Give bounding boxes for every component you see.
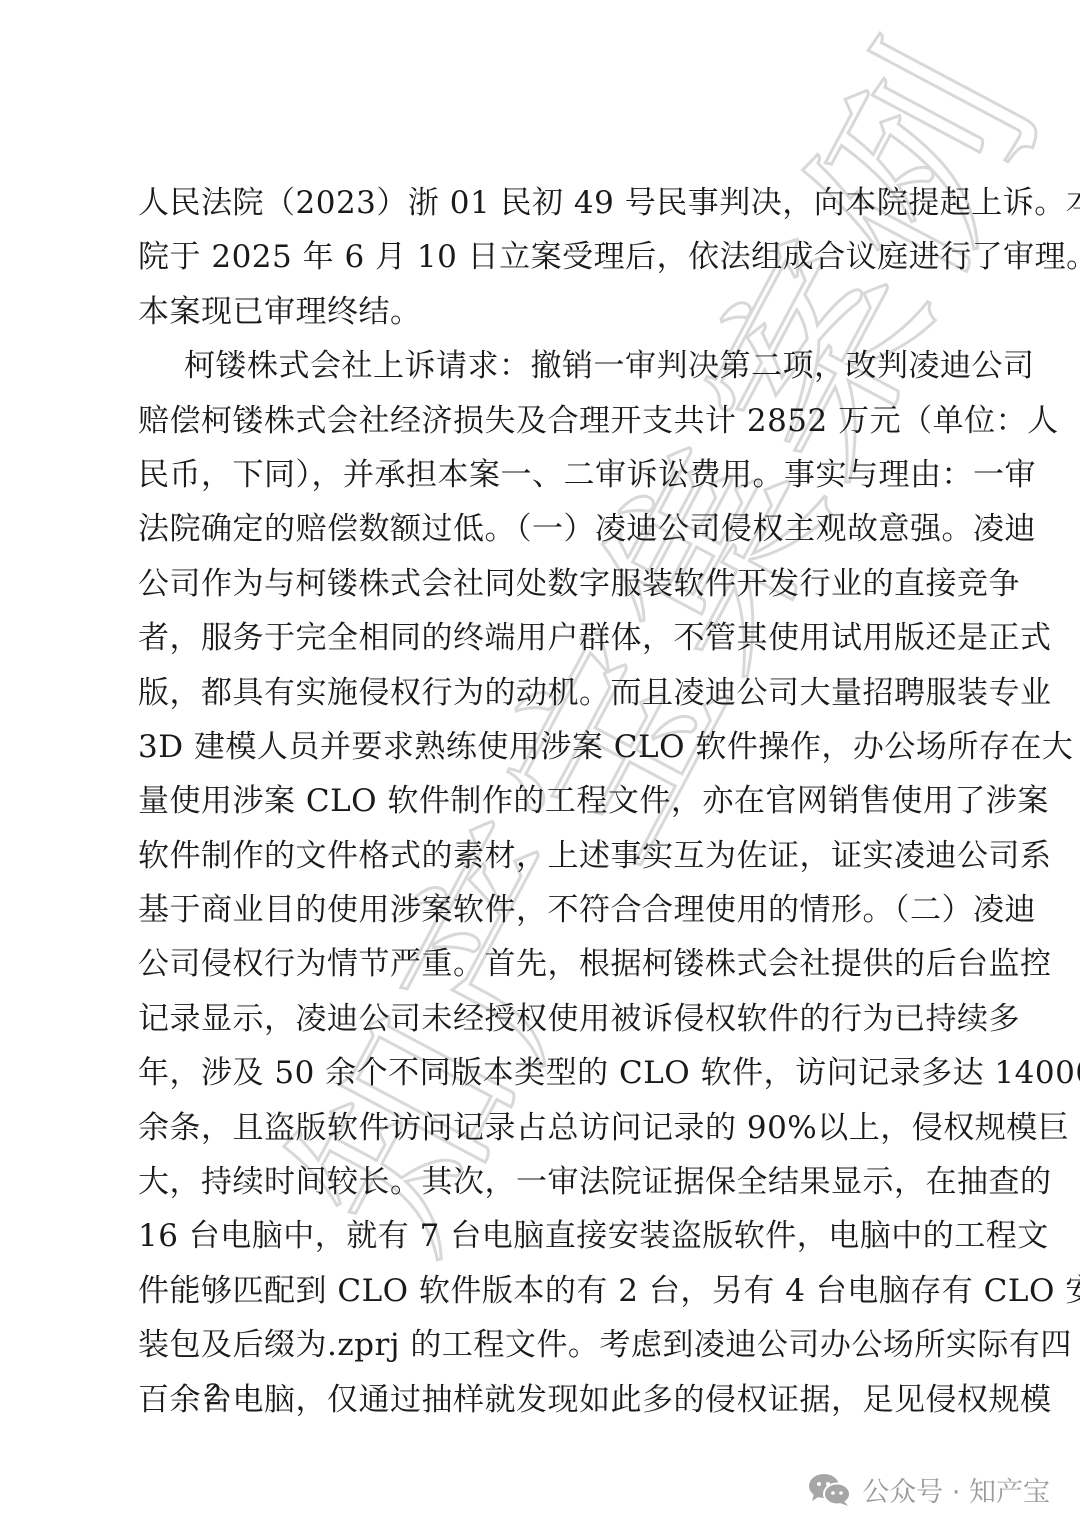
text-line: 百余台电脑，仅通过抽样就发现如此多的侵权证据，足见侵权规模 — [138, 1373, 943, 1427]
account-badge[interactable]: 公众号 · 知产宝 — [808, 1470, 1050, 1509]
text-line: 大，持续时间较长。其次，一审法院证据保全结果显示，在抽查的 — [138, 1155, 943, 1209]
text-line: 民币，下同），并承担本案一、二审诉讼费用。事实与理由：一审 — [138, 448, 943, 502]
text-line: 记录显示，凌迪公司未经授权使用被诉侵权软件的行为已持续多 — [138, 992, 943, 1046]
document-page: 知产宝集案例 人民法院（2023）浙 01 民初 49 号民事判决，向本院提起上… — [0, 0, 1080, 1528]
text-line: 赔偿柯镂株式会社经济损失及合理开支共计 2852 万元（单位：人 — [138, 394, 943, 448]
text-line: 基于商业目的使用涉案软件，不符合合理使用的情形。（二）凌迪 — [138, 883, 943, 937]
text-line: 件能够匹配到 CLO 软件版本的有 2 台，另有 4 台电脑存有 CLO 安 — [138, 1264, 943, 1318]
text-line: 者，服务于完全相同的终端用户群体，不管其使用试用版还是正式 — [138, 611, 943, 665]
text-line: 16 台电脑中，就有 7 台电脑直接安装盗版软件，电脑中的工程文 — [138, 1209, 943, 1263]
text-line: 法院确定的赔偿数额过低。（一）凌迪公司侵权主观故意强。凌迪 — [138, 502, 943, 556]
wechat-icon — [808, 1473, 852, 1507]
document-body: 人民法院（2023）浙 01 民初 49 号民事判决，向本院提起上诉。本 院于 … — [138, 176, 943, 1427]
text-line: 3D 建模人员并要求熟练使用涉案 CLO 软件操作，办公场所存在大 — [138, 720, 943, 774]
text-line: 余条，且盗版软件访问记录占总访问记录的 90%以上，侵权规模巨 — [138, 1101, 943, 1155]
account-label: 公众号 · 知产宝 — [862, 1470, 1050, 1509]
paragraph: 柯镂株式会社上诉请求：撤销一审判决第二项，改判凌迪公司 赔偿柯镂株式会社经济损失… — [138, 339, 943, 1427]
text-line: 柯镂株式会社上诉请求：撤销一审判决第二项，改判凌迪公司 — [138, 339, 943, 393]
page-number: · 2 · — [175, 1378, 258, 1411]
text-line: 公司侵权行为情节严重。首先，根据柯镂株式会社提供的后台监控 — [138, 937, 943, 991]
text-line: 人民法院（2023）浙 01 民初 49 号民事判决，向本院提起上诉。本 — [138, 176, 943, 230]
text-line: 软件制作的文件格式的素材，上述事实互为佐证，证实凌迪公司系 — [138, 829, 943, 883]
text-line: 年，涉及 50 余个不同版本类型的 CLO 软件，访问记录多达 14000 — [138, 1046, 943, 1100]
text-line: 量使用涉案 CLO 软件制作的工程文件，亦在官网销售使用了涉案 — [138, 774, 943, 828]
text-line: 公司作为与柯镂株式会社同处数字服装软件开发行业的直接竞争 — [138, 557, 943, 611]
text-line: 本案现已审理终结。 — [138, 285, 943, 339]
text-line: 版，都具有实施侵权行为的动机。而且凌迪公司大量招聘服装专业 — [138, 666, 943, 720]
paragraph: 人民法院（2023）浙 01 民初 49 号民事判决，向本院提起上诉。本 院于 … — [138, 176, 943, 339]
text-line: 装包及后缀为.zprj 的工程文件。考虑到凌迪公司办公场所实际有四 — [138, 1318, 943, 1372]
text-line: 院于 2025 年 6 月 10 日立案受理后，依法组成合议庭进行了审理。 — [138, 230, 943, 284]
